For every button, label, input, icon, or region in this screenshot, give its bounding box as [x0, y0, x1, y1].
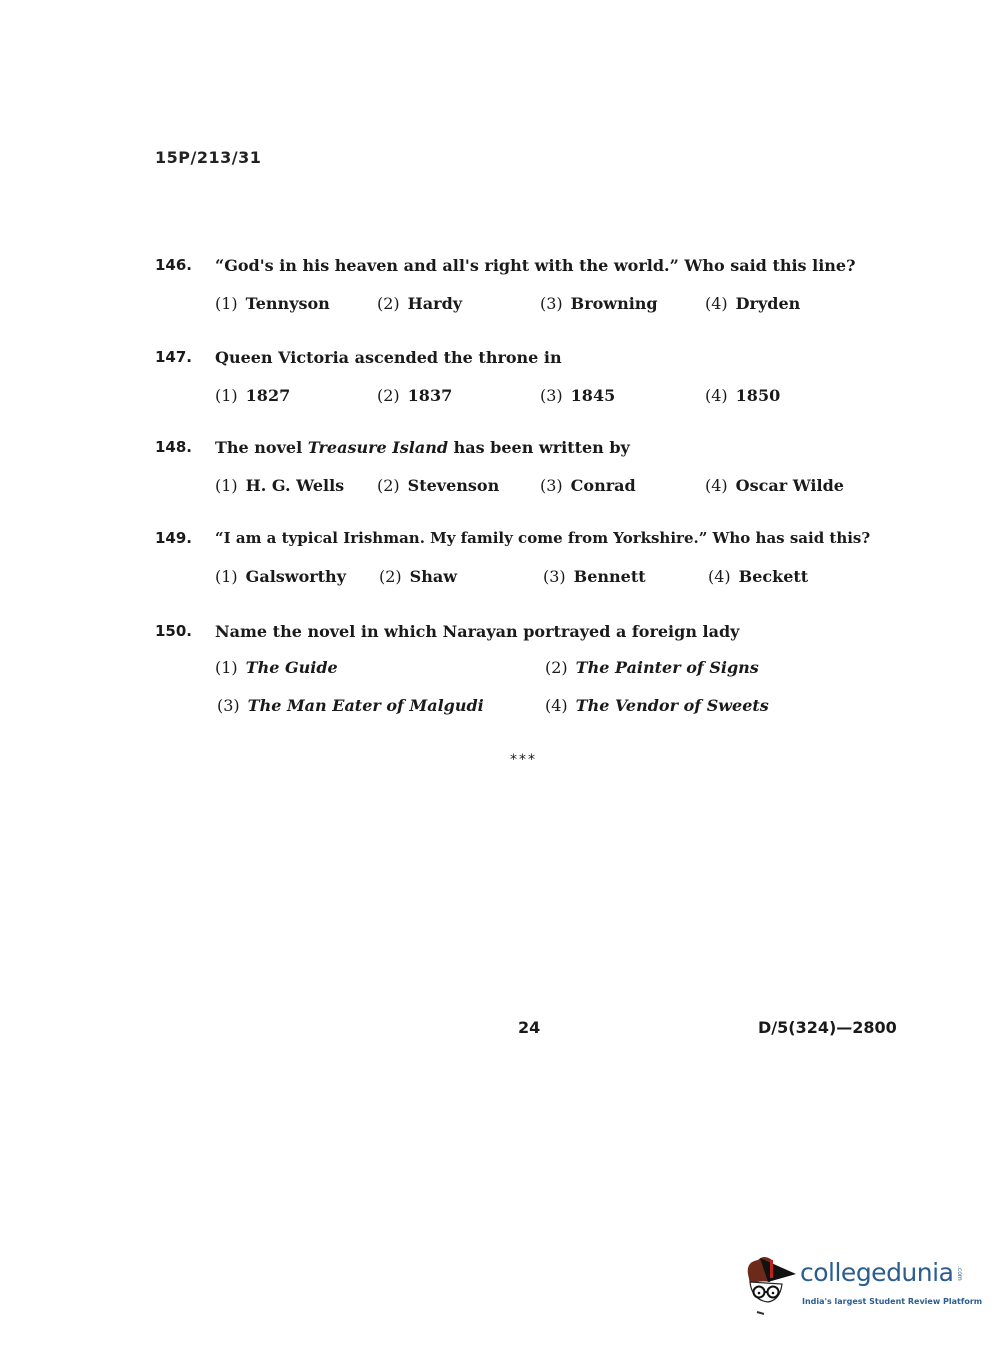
question-number: 148. — [155, 438, 192, 456]
option-3: (3)Bennett — [543, 567, 646, 586]
option-1: (1)Tennyson — [215, 294, 330, 313]
logo-suffix: .com — [956, 1266, 963, 1281]
novel-title: Treasure Island — [308, 438, 448, 457]
question-148: 148. The novel Treasure Island has been … — [155, 438, 895, 506]
question-149: 149. “I am a typical Irishman. My family… — [155, 529, 895, 597]
question-number: 150. — [155, 622, 192, 640]
option-2: (2)Stevenson — [377, 476, 499, 495]
options: (1)1827 (2)1837 (3)1845 (4)1850 — [155, 386, 895, 416]
option-3: (3)1845 — [540, 386, 615, 405]
option-3: (3)Conrad — [540, 476, 636, 495]
option-2: (2)The Painter of Signs — [545, 658, 759, 677]
options: (1)The Guide (2)The Painter of Signs — [155, 658, 895, 688]
option-1: (1)Galsworthy — [215, 567, 346, 586]
question-text: The novel Treasure Island has been writt… — [215, 438, 630, 457]
option-4: (4)Oscar Wilde — [705, 476, 844, 495]
question-146: 146. “God's in his heaven and all's righ… — [155, 256, 895, 324]
option-3: (3)Browning — [540, 294, 658, 313]
option-1: (1)The Guide — [215, 658, 338, 677]
question-text: Name the novel in which Narayan portraye… — [215, 622, 739, 641]
option-1: (1)H. G. Wells — [215, 476, 344, 495]
question-text: “God's in his heaven and all's right wit… — [215, 256, 855, 275]
question-number: 149. — [155, 529, 192, 547]
paper-code: 15P/213/31 — [155, 148, 261, 167]
logo-brand: collegedunia — [800, 1258, 953, 1287]
mascot-icon — [742, 1252, 802, 1322]
logo-tagline: India's largest Student Review Platform — [802, 1297, 982, 1306]
options: (1)Tennyson (2)Hardy (3)Browning (4)Dryd… — [155, 294, 895, 324]
option-3: (3)The Man Eater of Malgudi — [217, 696, 484, 715]
option-1: (1)1827 — [215, 386, 290, 405]
options: (1)H. G. Wells (2)Stevenson (3)Conrad (4… — [155, 476, 895, 506]
question-text: “I am a typical Irishman. My family come… — [215, 529, 870, 547]
option-2: (2)Shaw — [379, 567, 457, 586]
option-4: (4)1850 — [705, 386, 780, 405]
options: (3)The Man Eater of Malgudi (4)The Vendo… — [155, 696, 895, 726]
question-number: 146. — [155, 256, 192, 274]
options: (1)Galsworthy (2)Shaw (3)Bennett (4)Beck… — [155, 567, 895, 597]
question-147: 147. Queen Victoria ascended the throne … — [155, 348, 895, 416]
option-2: (2)Hardy — [377, 294, 462, 313]
question-text: Queen Victoria ascended the throne in — [215, 348, 562, 367]
option-4: (4)Beckett — [708, 567, 808, 586]
option-2: (2)1837 — [377, 386, 452, 405]
question-150: 150. Name the novel in which Narayan por… — [155, 622, 895, 726]
option-4: (4)The Vendor of Sweets — [545, 696, 769, 715]
question-number: 147. — [155, 348, 192, 366]
option-4: (4)Dryden — [705, 294, 800, 313]
footer-code: D/5(324)—2800 — [758, 1018, 897, 1037]
end-marker: *** — [510, 752, 537, 768]
collegedunia-logo: collegedunia .com India's largest Studen… — [742, 1252, 972, 1322]
page-number: 24 — [518, 1018, 540, 1037]
